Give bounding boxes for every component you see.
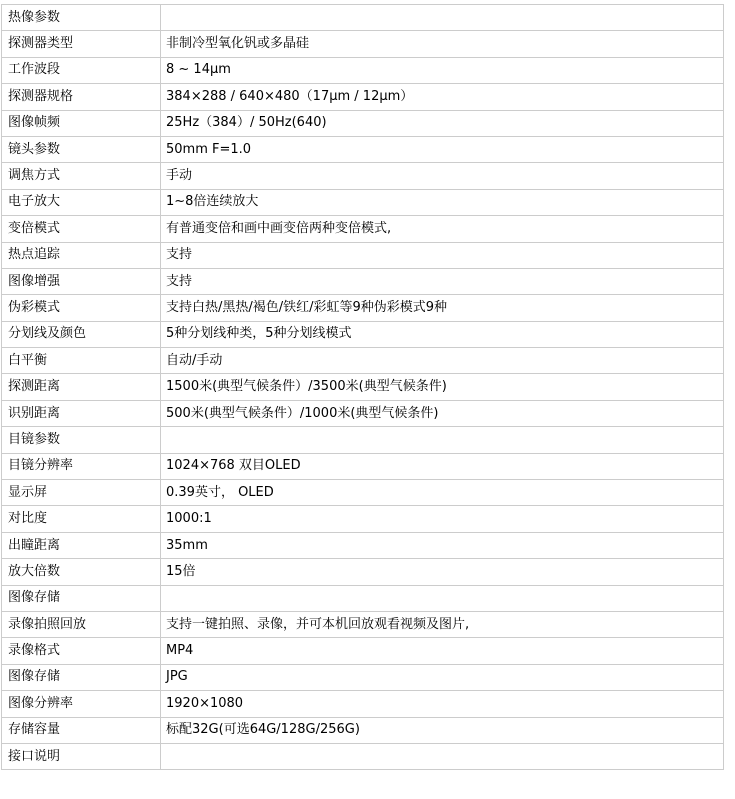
table-row: 热像参数 xyxy=(2,5,724,31)
table-row: 图像存储 xyxy=(2,585,724,611)
table-row: 探测器类型非制冷型氧化钒或多晶硅 xyxy=(2,31,724,57)
row-value: 1000:1 xyxy=(161,506,724,532)
row-value: 35mm xyxy=(161,532,724,558)
row-value: 手动 xyxy=(161,163,724,189)
row-value: 支持 xyxy=(161,268,724,294)
row-label: 放大倍数 xyxy=(2,559,161,585)
table-row: 电子放大1~8倍连续放大 xyxy=(2,189,724,215)
row-label: 显示屏 xyxy=(2,480,161,506)
row-label: 目镜参数 xyxy=(2,427,161,453)
row-label: 目镜分辨率 xyxy=(2,453,161,479)
row-value: JPG xyxy=(161,664,724,690)
row-value: 500米(典型气候条件）/1000米(典型气候条件) xyxy=(161,400,724,426)
table-row: 伪彩模式支持白热/黑热/褐色/铁红/彩虹等9种伪彩模式9种 xyxy=(2,295,724,321)
row-value: 1920×1080 xyxy=(161,691,724,717)
row-value: 标配32G(可选64G/128G/256G) xyxy=(161,717,724,743)
row-value xyxy=(161,585,724,611)
table-row: 探测器规格384×288 / 640×480（17μm / 12μm） xyxy=(2,84,724,110)
row-value: 自动/手动 xyxy=(161,348,724,374)
row-label: 镜头参数 xyxy=(2,136,161,162)
table-row: 识别距离500米(典型气候条件）/1000米(典型气候条件) xyxy=(2,400,724,426)
row-label: 图像增强 xyxy=(2,268,161,294)
table-row: 目镜分辨率1024×768 双目OLED xyxy=(2,453,724,479)
table-row: 图像帧频25Hz（384）/ 50Hz(640) xyxy=(2,110,724,136)
row-value: 0.39英寸， OLED xyxy=(161,480,724,506)
row-value: 50mm F=1.0 xyxy=(161,136,724,162)
row-value: 8 ~ 14μm xyxy=(161,57,724,83)
table-row: 热点追踪支持 xyxy=(2,242,724,268)
table-row: 图像增强支持 xyxy=(2,268,724,294)
row-label: 图像存储 xyxy=(2,585,161,611)
row-value: 支持 xyxy=(161,242,724,268)
row-value: 384×288 / 640×480（17μm / 12μm） xyxy=(161,84,724,110)
row-value: 1024×768 双目OLED xyxy=(161,453,724,479)
table-row: 探测距离1500米(典型气候条件）/3500米(典型气候条件) xyxy=(2,374,724,400)
row-label: 探测距离 xyxy=(2,374,161,400)
row-value xyxy=(161,427,724,453)
row-value xyxy=(161,5,724,31)
row-label: 探测器规格 xyxy=(2,84,161,110)
row-label: 工作波段 xyxy=(2,57,161,83)
row-label: 图像存储 xyxy=(2,664,161,690)
row-value: 支持白热/黑热/褐色/铁红/彩虹等9种伪彩模式9种 xyxy=(161,295,724,321)
row-label: 电子放大 xyxy=(2,189,161,215)
row-value: MP4 xyxy=(161,638,724,664)
row-label: 存储容量 xyxy=(2,717,161,743)
row-label: 白平衡 xyxy=(2,348,161,374)
row-label: 图像帧频 xyxy=(2,110,161,136)
table-row: 对比度1000:1 xyxy=(2,506,724,532)
spec-table: 热像参数 探测器类型非制冷型氧化钒或多晶硅 工作波段8 ~ 14μm 探测器规格… xyxy=(1,4,724,770)
row-label: 对比度 xyxy=(2,506,161,532)
row-label: 热点追踪 xyxy=(2,242,161,268)
row-label: 变倍模式 xyxy=(2,216,161,242)
row-value: 5种分划线种类，5种分划线模式 xyxy=(161,321,724,347)
row-label: 录像格式 xyxy=(2,638,161,664)
row-label: 接口说明 xyxy=(2,743,161,769)
table-row: 录像拍照回放支持一键拍照、录像，并可本机回放观看视频及图片, xyxy=(2,611,724,637)
table-row: 镜头参数50mm F=1.0 xyxy=(2,136,724,162)
row-value: 有普通变倍和画中画变倍两种变倍模式, xyxy=(161,216,724,242)
table-row: 显示屏0.39英寸， OLED xyxy=(2,480,724,506)
row-label: 热像参数 xyxy=(2,5,161,31)
row-value: 非制冷型氧化钒或多晶硅 xyxy=(161,31,724,57)
row-value xyxy=(161,743,724,769)
row-label: 探测器类型 xyxy=(2,31,161,57)
table-row: 工作波段8 ~ 14μm xyxy=(2,57,724,83)
table-row: 存储容量标配32G(可选64G/128G/256G) xyxy=(2,717,724,743)
table-row: 图像存储JPG xyxy=(2,664,724,690)
table-row: 录像格式MP4 xyxy=(2,638,724,664)
row-value: 支持一键拍照、录像，并可本机回放观看视频及图片, xyxy=(161,611,724,637)
table-row: 目镜参数 xyxy=(2,427,724,453)
row-label: 伪彩模式 xyxy=(2,295,161,321)
row-value: 1~8倍连续放大 xyxy=(161,189,724,215)
row-label: 图像分辨率 xyxy=(2,691,161,717)
table-row: 图像分辨率1920×1080 xyxy=(2,691,724,717)
table-row: 变倍模式有普通变倍和画中画变倍两种变倍模式, xyxy=(2,216,724,242)
table-row: 调焦方式手动 xyxy=(2,163,724,189)
row-value: 15倍 xyxy=(161,559,724,585)
row-label: 出瞳距离 xyxy=(2,532,161,558)
row-value: 1500米(典型气候条件）/3500米(典型气候条件) xyxy=(161,374,724,400)
table-row: 放大倍数15倍 xyxy=(2,559,724,585)
row-label: 分划线及颜色 xyxy=(2,321,161,347)
table-row: 白平衡自动/手动 xyxy=(2,348,724,374)
table-row: 出瞳距离35mm xyxy=(2,532,724,558)
row-value: 25Hz（384）/ 50Hz(640) xyxy=(161,110,724,136)
table-row: 接口说明 xyxy=(2,743,724,769)
row-label: 识别距离 xyxy=(2,400,161,426)
table-row: 分划线及颜色5种分划线种类，5种分划线模式 xyxy=(2,321,724,347)
row-label: 录像拍照回放 xyxy=(2,611,161,637)
row-label: 调焦方式 xyxy=(2,163,161,189)
